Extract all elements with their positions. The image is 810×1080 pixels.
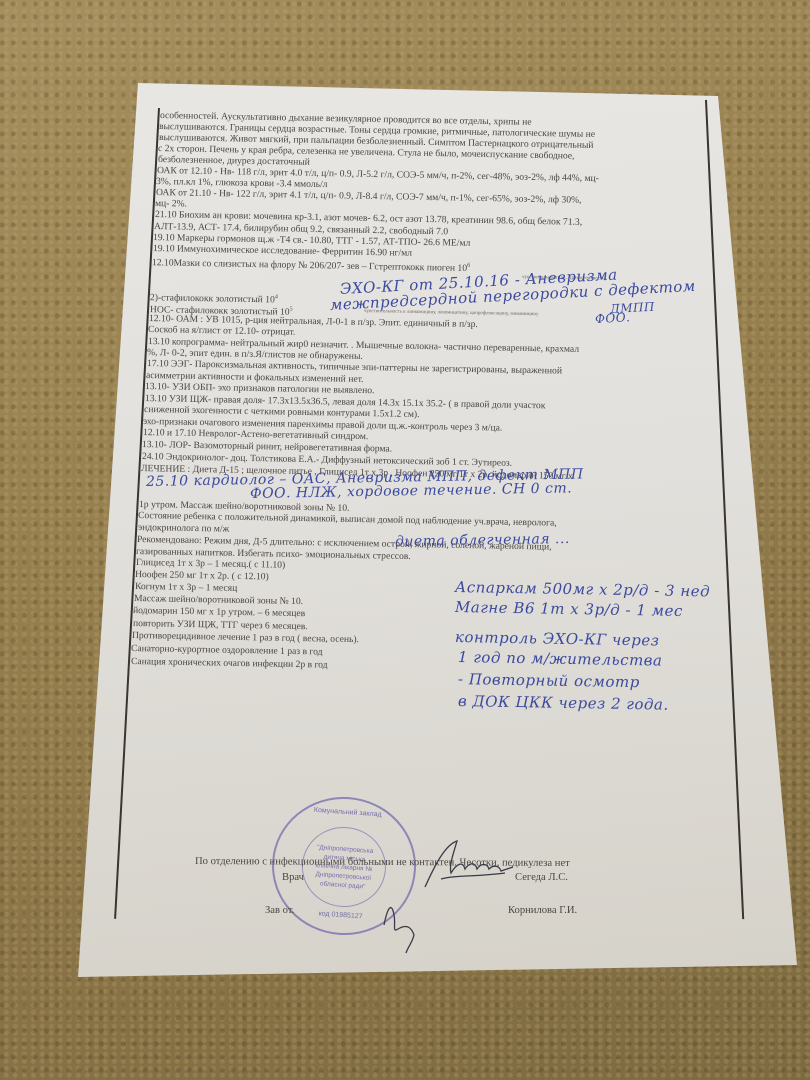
handwritten-note: контроль ЭХО-КГ через: [455, 628, 660, 650]
head-label: Зав от.: [265, 905, 294, 916]
printed-line: Когнум 1т х 3р – 1 месяц: [134, 581, 236, 594]
handwritten-note: 1 год по м/жительства: [458, 648, 663, 670]
printed-line: эндокринолога по м/ж: [138, 522, 229, 535]
doctor-signature: [405, 835, 515, 895]
handwritten-note: в ДОК ЦКК через 2 года.: [458, 692, 669, 714]
doctor-label: Врач: [282, 872, 304, 883]
stamp-line: обласної ради": [320, 879, 366, 891]
handwritten-note: ФОО.: [595, 310, 631, 326]
printed-line: мц- 2%.: [155, 198, 187, 210]
head-name: Корнилова Г.И.: [508, 905, 577, 916]
head-signature: [378, 895, 438, 955]
handwritten-note: диета облегченная ...: [395, 531, 570, 550]
doctor-name: Сегеда Л.С.: [515, 872, 568, 883]
handwritten-note: - Повторный осмотр: [458, 670, 640, 691]
